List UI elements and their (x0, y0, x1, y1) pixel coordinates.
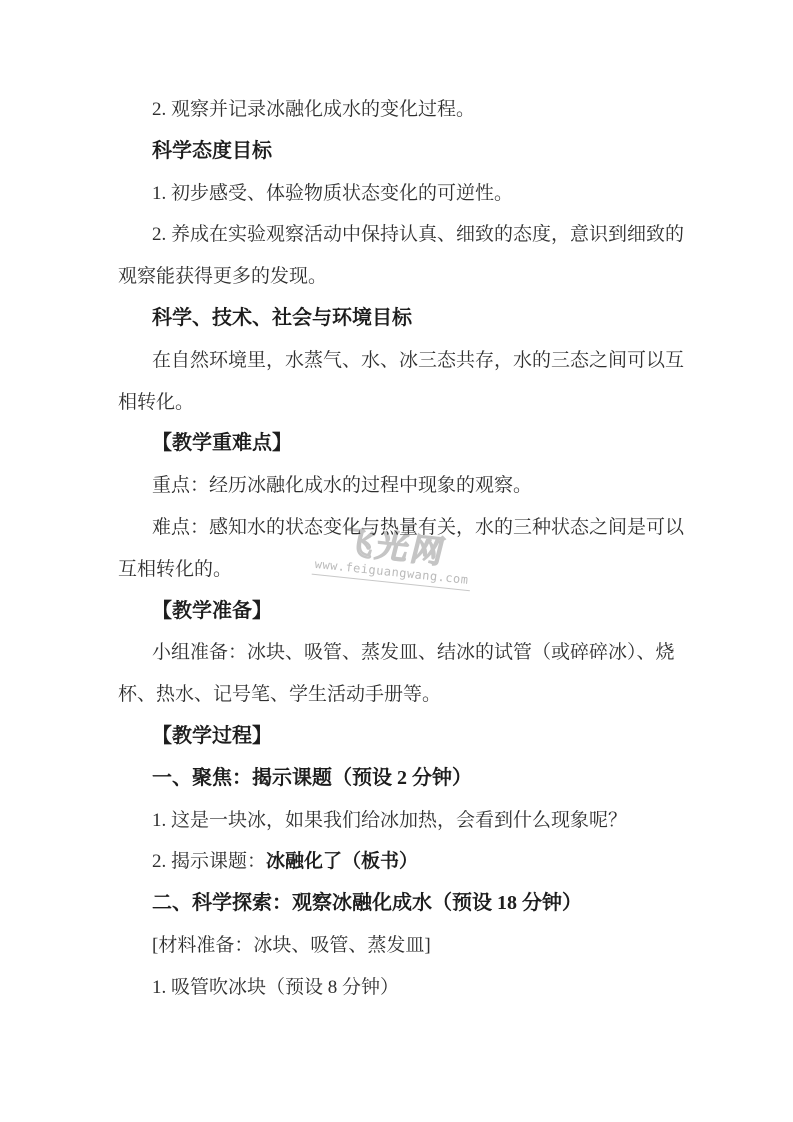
line-difficult-point-a: 难点：感知水的状态变化与热量有关，水的三种状态之间是可以 (118, 507, 698, 549)
heading-explore-section: 二、科学探索：观察冰融化成水（预设 18 分钟） (118, 883, 698, 925)
line-attitude-goal-2b: 观察能获得更多的发现。 (118, 256, 698, 298)
heading-science-attitude-goals: 科学态度目标 (118, 131, 698, 173)
line-straw-blow-ice: 1. 吸管吹冰块（预设 8 分钟） (118, 967, 698, 1009)
document-body: 2. 观察并记录冰融化成水的变化过程。 科学态度目标 1. 初步感受、体验物质状… (118, 89, 698, 1009)
heading-teaching-key-points: 【教学重难点】 (118, 423, 698, 465)
line-stse-goal-b: 相转化。 (118, 382, 698, 424)
line-focus-question: 1. 这是一块冰，如果我们给冰加热，会看到什么现象呢？ (118, 800, 698, 842)
line-attitude-goal-2a: 2. 养成在实验观察活动中保持认真、细致的态度，意识到细致的 (118, 214, 698, 256)
emphasis-board-title: 冰融化了（板书） (266, 851, 418, 872)
line-stse-goal-a: 在自然环境里，水蒸气、水、冰三态共存，水的三态之间可以互 (118, 340, 698, 382)
line-attitude-goal-1: 1. 初步感受、体验物质状态变化的可逆性。 (118, 173, 698, 215)
heading-focus-section: 一、聚焦：揭示课题（预设 2 分钟） (118, 758, 698, 800)
heading-teaching-preparation: 【教学准备】 (118, 591, 698, 633)
heading-stse-goals: 科学、技术、社会与环境目标 (118, 298, 698, 340)
document-page: 飞光网 www.feiguangwang.com 2. 观察并记录冰融化成水的变… (0, 0, 793, 1122)
line-group-preparation-a: 小组准备：冰块、吸管、蒸发皿、结冰的试管（或碎碎冰）、烧 (118, 632, 698, 674)
line-goal-observe-record: 2. 观察并记录冰融化成水的变化过程。 (118, 89, 698, 131)
line-group-preparation-b: 杯、热水、记号笔、学生活动手册等。 (118, 674, 698, 716)
line-reveal-topic: 2. 揭示课题：冰融化了（板书） (118, 841, 698, 883)
line-difficult-point-b: 互相转化的。 (118, 549, 698, 591)
line-reveal-topic-prefix: 2. 揭示课题： (152, 851, 266, 872)
line-key-point: 重点：经历冰融化成水的过程中现象的观察。 (118, 465, 698, 507)
heading-teaching-process: 【教学过程】 (118, 716, 698, 758)
line-material-preparation: [材料准备：冰块、吸管、蒸发皿] (118, 925, 698, 967)
